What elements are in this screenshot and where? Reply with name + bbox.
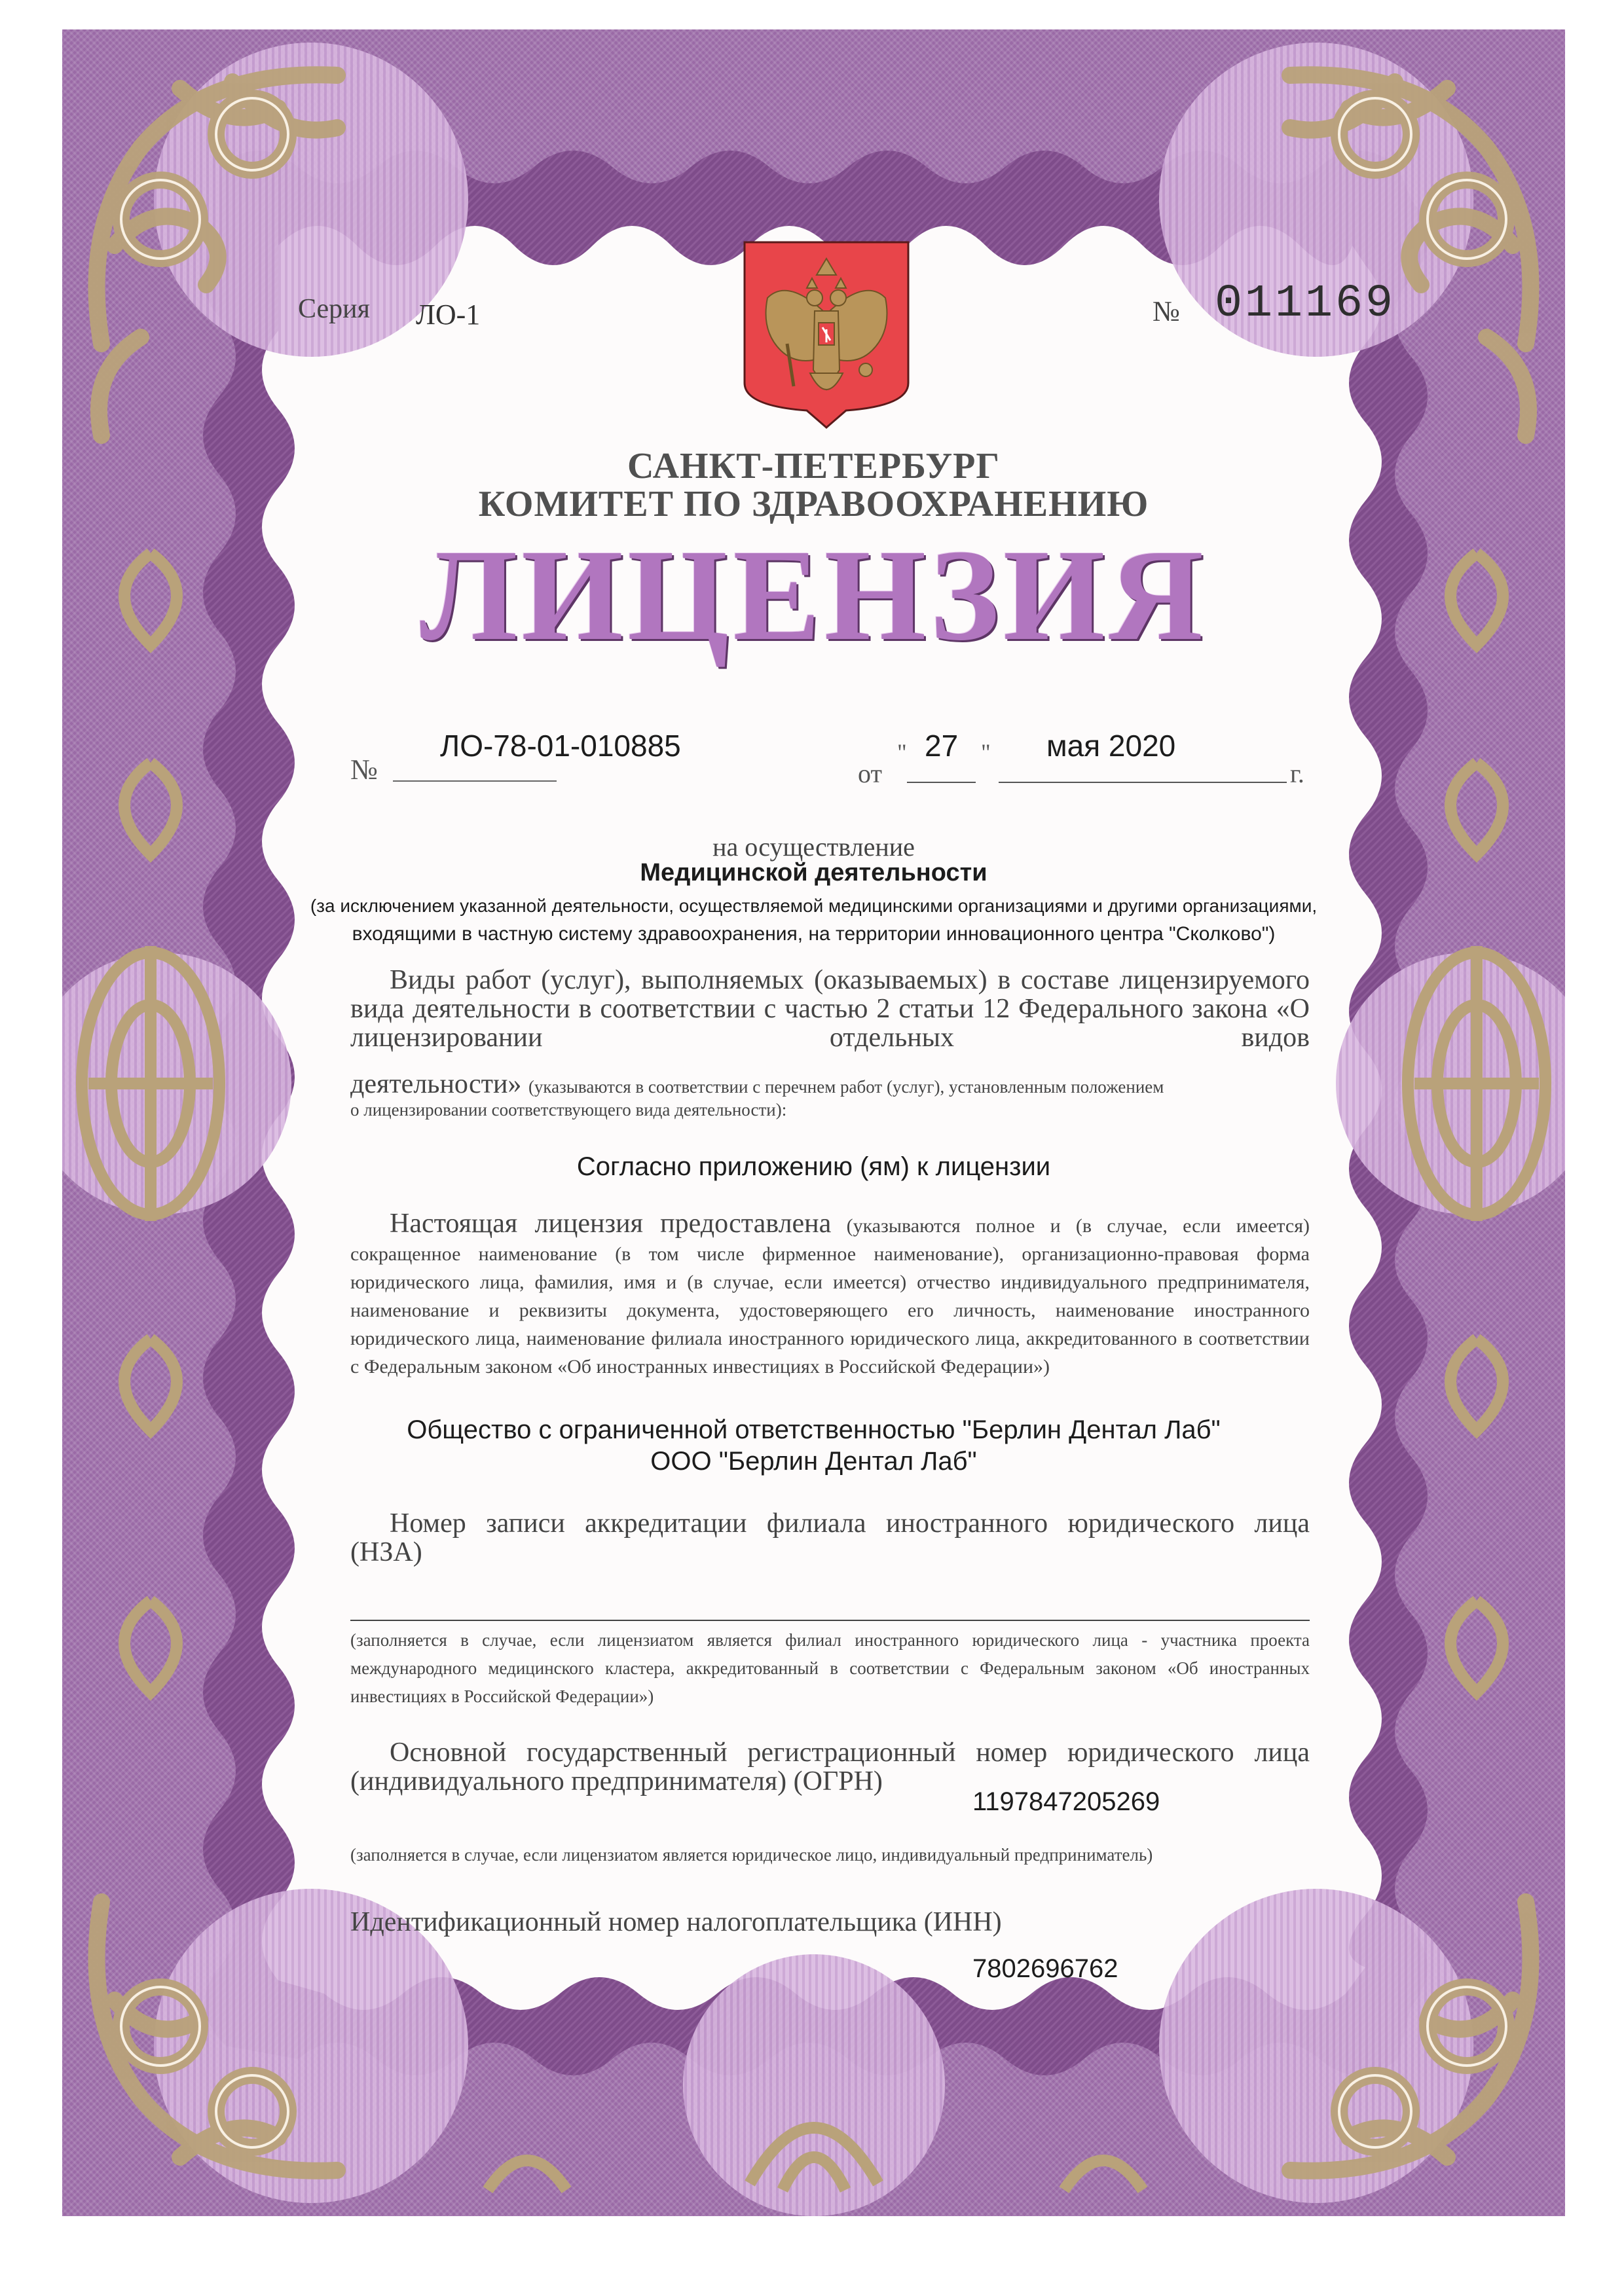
series-value: ЛО-1 [416,298,480,331]
nza-value-line [350,1620,1310,1621]
nza-label: Номер записи аккредитации филиала иностр… [350,1509,1310,1567]
nza-note: (заполняется в случае, если лицензиатом … [350,1626,1310,1711]
license-day: 27 [925,728,958,763]
activity-name: Медицинской деятельности [196,859,1431,887]
document-title: ЛИЦЕНЗИЯ [196,524,1431,668]
inn-label: Идентификационный номер налогоплательщик… [350,1906,1002,1938]
license-number-sign: № [350,753,378,786]
inn-value: 7802696762 [972,1954,1118,1984]
works-paragraph-end: деятельности» (указываются в соответстви… [350,1068,1310,1100]
license-number: ЛО-78-01-010885 [440,728,681,763]
license-month-year: мая 2020 [1046,728,1175,763]
activity-note-line2: входящими в частную систему здравоохране… [196,923,1431,945]
granted-heading: Настоящая лицензия предоставлена [390,1209,831,1239]
activity-note-line1: (за исключением указанной деятельности, … [196,896,1431,917]
works-value: Согласно приложению (ям) к лицензии [196,1152,1431,1182]
activity-intro: на осуществление [196,831,1431,862]
works-small-note: (указываются в соответствии с перечнем р… [528,1077,1164,1097]
company-full-name: Общество с ограниченной ответственностью… [196,1415,1431,1445]
ogrn-note: (заполняется в случае, если лицензиатом … [350,1845,1310,1865]
russian-coat-of-arms-icon [741,239,912,429]
granted-paragraph: Настоящая лицензия предоставлена (указыв… [350,1210,1310,1381]
works-small-note2: о лицензировании соответствующего вида д… [350,1100,1310,1120]
quote-open: " [897,738,907,766]
month-underline [999,782,1287,783]
date-from-label: от [858,758,882,789]
ogrn-label: Основной государственный регистрационный… [350,1738,1310,1796]
ogrn-value: 1197847205269 [972,1787,1160,1817]
works-paragraph: Виды работ (услуг), выполняемых (оказыва… [350,966,1310,1052]
license-number-underline [393,780,557,782]
issuer-city: САНКТ-ПЕТЕРБУРГ [196,445,1431,487]
year-suffix: г. [1290,758,1304,789]
series-label: Серия [298,293,370,325]
company-short-name: ООО "Берлин Дентал Лаб" [196,1447,1431,1476]
issuer-committee: КОМИТЕТ ПО ЗДРАВООХРАНЕНИЮ [196,483,1431,525]
granted-note: (указываются полное и (в случае, если им… [350,1215,1310,1377]
works-last-word: деятельности» [350,1069,521,1099]
form-number: 011169 [1215,278,1395,330]
day-underline [907,782,976,783]
quote-close: " [981,738,991,766]
form-number-sign: № [1153,295,1180,328]
